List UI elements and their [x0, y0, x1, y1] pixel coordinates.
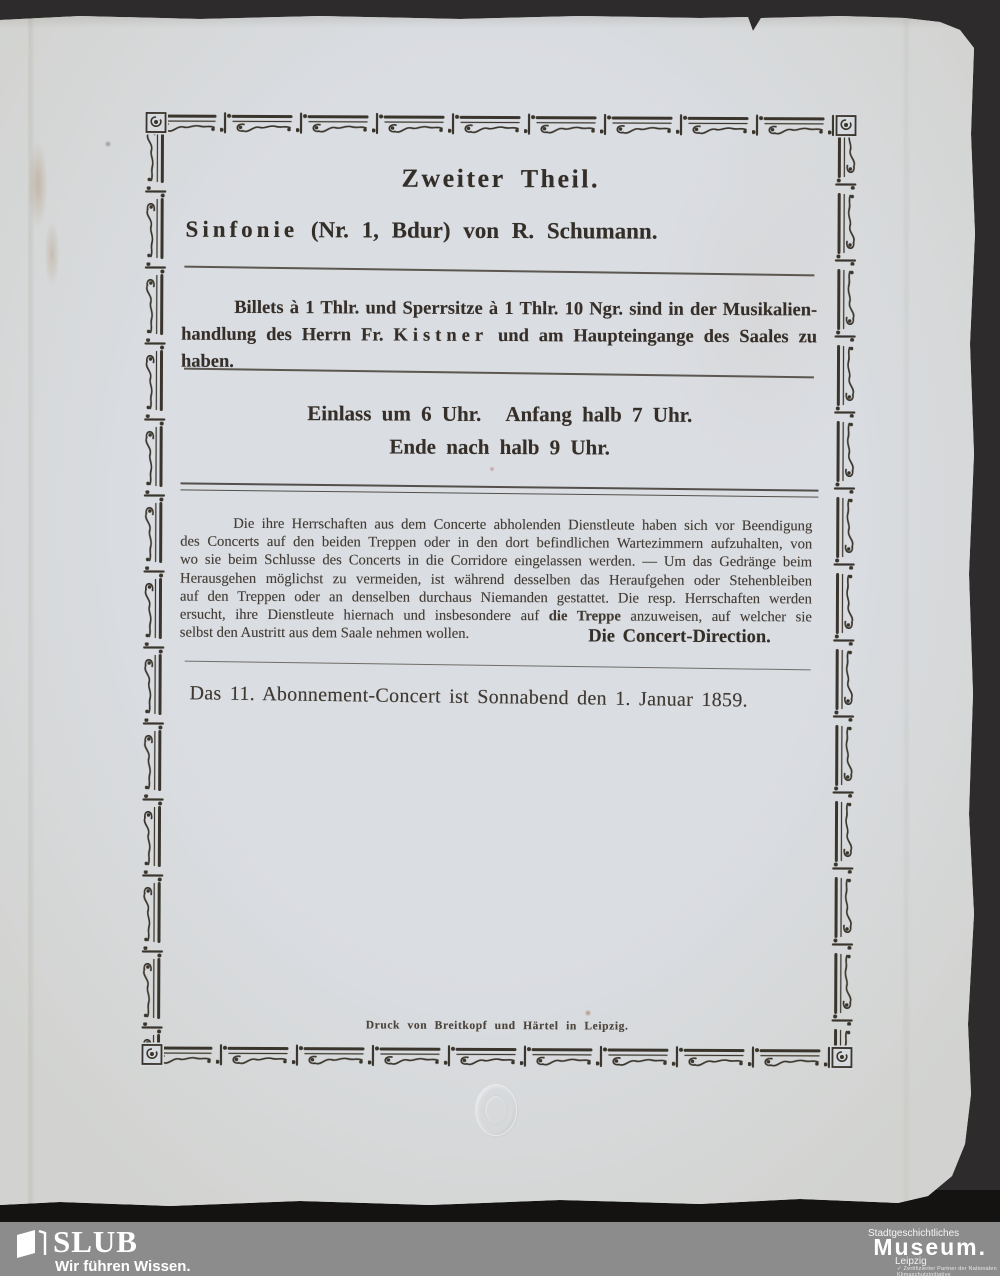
slub-wordmark: SLUB	[53, 1224, 138, 1260]
printer-imprint: Druck von Breitkopf und Härtel in Leipzi…	[140, 1018, 854, 1033]
slub-book-icon	[14, 1227, 48, 1261]
ticket-info-line1: Billets à 1 Thlr. und Sperrsitze à 1 Thl…	[181, 295, 817, 325]
admission-time: Einlass um 6 Uhr.	[307, 401, 481, 426]
embossed-seal-inner	[484, 1095, 508, 1125]
notice-emphasis: die Treppe	[549, 608, 621, 624]
work-title: Sinfonie (Nr. 1, Bdur) von R. Schumann.	[186, 217, 658, 245]
next-concert-announcement: Das 11. Abonnement-Concert ist Sonnabend…	[189, 682, 748, 712]
notice-line6-pre: ersucht, ihre Dienstleute hiernach und i…	[180, 607, 549, 625]
museum-certification-note: ✓ Zertifizierter Partner der Nationalen …	[897, 1266, 1000, 1276]
servants-notice: Die ihre Herrschaften aus dem Concerte a…	[180, 515, 813, 645]
embossed-seal	[475, 1084, 517, 1136]
double-divider-rule	[180, 482, 818, 497]
ticket-info-line2-pre: handlung des Herrn Fr.	[181, 325, 393, 346]
signature-concert-direction: Die Concert-Direction.	[588, 626, 771, 648]
divider-rule	[185, 661, 811, 671]
document-page: Zweiter Theil. Sinfonie (Nr. 1, Bdur) vo…	[0, 14, 978, 1208]
notice-line6-post: anzuweisen, auf welcher sie	[621, 609, 812, 626]
work-title-details: (Nr. 1, Bdur) von R. Schumann.	[298, 217, 657, 244]
part-title: Zweiter Theil.	[144, 162, 858, 195]
ornamental-border-frame: Zweiter Theil. Sinfonie (Nr. 1, Bdur) vo…	[140, 110, 858, 1069]
divider-rule	[184, 266, 814, 277]
notice-line: wo sie beim Schlusse des Concerts in die…	[180, 551, 812, 572]
concert-times-line1: Einlass um 6 Uhr.Anfang halb 7 Uhr.	[143, 396, 857, 432]
end-time: Ende nach halb 9 Uhr.	[143, 429, 857, 465]
work-title-composition: Sinfonie	[186, 217, 299, 242]
museum-name-line2: Museum.	[873, 1234, 987, 1261]
slub-slogan: Wir führen Wissen.	[55, 1258, 191, 1275]
ticket-info: Billets à 1 Thlr. und Sperrsitze à 1 Thl…	[181, 295, 817, 379]
scan-viewport: Zweiter Theil. Sinfonie (Nr. 1, Bdur) vo…	[0, 0, 1000, 1276]
printed-program-content: Zweiter Theil. Sinfonie (Nr. 1, Bdur) vo…	[140, 110, 858, 1069]
seller-name: Kistner	[393, 326, 488, 346]
concert-times: Einlass um 6 Uhr.Anfang halb 7 Uhr. Ende…	[143, 396, 857, 465]
library-footer-bar: SLUB Wir führen Wissen. Stadtgeschichtli…	[0, 1222, 1000, 1276]
start-time: Anfang halb 7 Uhr.	[505, 402, 692, 427]
